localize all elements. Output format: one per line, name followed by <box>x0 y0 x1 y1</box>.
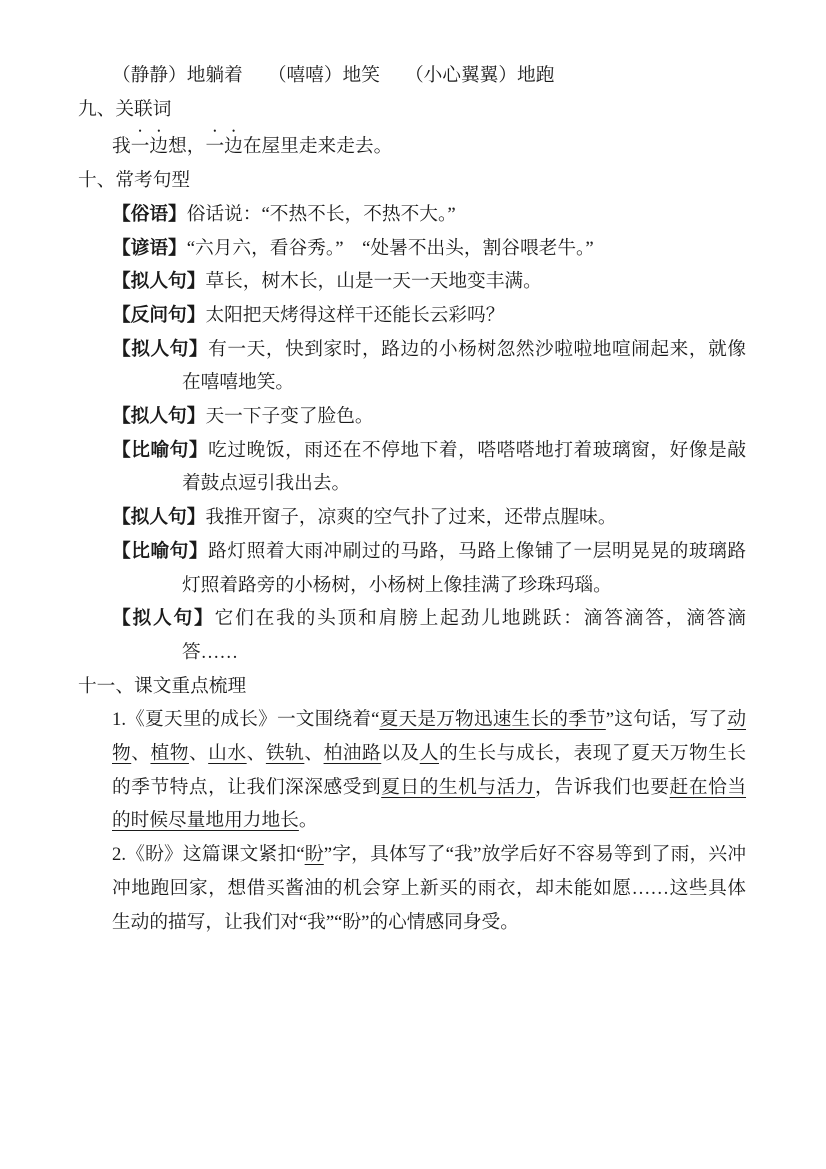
pattern-example-text: 天一下子变了脸色。 <box>205 406 373 427</box>
adverbial-phrase: （小心翼翼）地跑 <box>405 65 555 86</box>
text-segment: 2.《盼》这篇课文紧扣“ <box>112 844 305 865</box>
sentence-pattern-entry: 【比喻句】路灯照着大雨冲刷过的马路，马路上像铺了一层明晃晃的玻璃路灯照着路旁的小… <box>78 535 746 602</box>
pattern-example-text: 俗话说：“不热不长，不热不大。” <box>187 204 456 225</box>
section-10-heading: 十、常考句型 <box>78 164 746 198</box>
text-segment: 想， <box>168 136 205 157</box>
underlined-key-phrase: 夏天是万物迅速生长的季节 <box>379 709 605 730</box>
linked-words-example: 我一边想，一边在屋里走来走去。 <box>78 126 746 164</box>
pattern-example-text: 吃过晚饭，雨还在不停地下着，嗒嗒嗒地打着玻璃窗，好像是敲着鼓点逗引我出去。 <box>182 440 746 495</box>
pattern-type-label: 【拟人句】 <box>112 339 208 360</box>
sentence-pattern-entry: 【谚语】“六月六，看谷秀。” “处暑不出头，割谷喂老牛。” <box>78 232 746 266</box>
text-segment: ”这句话，写了 <box>606 709 728 730</box>
pattern-example-text: 太阳把天烤得这样干还能长云彩吗？ <box>205 305 504 326</box>
text-segment: 、 <box>189 743 208 764</box>
sentence-pattern-entry: 【拟人句】我推开窗子，凉爽的空气扑了过来，还带点腥味。 <box>78 501 746 535</box>
course-summary-paragraph: 2.《盼》这篇课文紧扣“盼”字，具体写了“我”放学后好不容易等到了雨，兴冲冲地跑… <box>78 838 746 939</box>
pattern-example-text: 路灯照着大雨冲刷过的马路，马路上像铺了一层明晃晃的玻璃路灯照着路旁的小杨树，小杨… <box>182 541 746 596</box>
pattern-example-text: 有一天，快到家时，路边的小杨树忽然沙啦啦地喧闹起来，就像在嘻嘻地笑。 <box>182 339 746 394</box>
sentence-pattern-entry: 【拟人句】草长，树木长，山是一天一天地变丰满。 <box>78 265 746 299</box>
underlined-key-phrase: 人 <box>420 743 439 764</box>
pattern-example-text: 它们在我的头顶和肩膀上起劲儿地跳跃：滴答滴答，滴答滴答…… <box>182 608 746 663</box>
course-summary-paragraph: 1.《夏天里的成长》一文围绕着“夏天是万物迅速生长的季节”这句话，写了动物、植物… <box>78 703 746 838</box>
text-segment: 。 <box>299 810 318 831</box>
adverbial-phrase: （静静）地躺着 <box>112 65 243 86</box>
document-page: （静静）地躺着（嘻嘻）地笑（小心翼翼）地跑 九、关联词 我一边想，一边在屋里走来… <box>0 0 826 1169</box>
underlined-key-phrase: 铁轨 <box>266 743 304 764</box>
pattern-type-label: 【比喻句】 <box>112 541 208 562</box>
adverbial-phrase: （嘻嘻）地笑 <box>268 65 380 86</box>
text-segment: 在屋里走来走去。 <box>243 136 393 157</box>
sentence-pattern-entry: 【反问句】太阳把天烤得这样干还能长云彩吗？ <box>78 299 746 333</box>
text-segment: 、 <box>304 743 323 764</box>
sentence-pattern-entry: 【俗语】俗话说：“不热不长，不热不大。” <box>78 198 746 232</box>
text-segment: 、 <box>131 743 150 764</box>
adverbial-phrases-line: （静静）地躺着（嘻嘻）地笑（小心翼翼）地跑 <box>78 59 746 93</box>
text-segment: 、 <box>247 743 266 764</box>
sentence-pattern-entry: 【比喻句】吃过晚饭，雨还在不停地下着，嗒嗒嗒地打着玻璃窗，好像是敲着鼓点逗引我出… <box>78 434 746 501</box>
pattern-type-label: 【拟人句】 <box>112 608 215 629</box>
emphasis-dotted-word: 一边 <box>205 136 242 157</box>
underlined-key-phrase: 柏油路 <box>324 743 382 764</box>
pattern-example-text: 草长，树木长，山是一天一天地变丰满。 <box>205 271 541 292</box>
pattern-example-text: “六月六，看谷秀。” “处暑不出头，割谷喂老牛。” <box>187 238 594 259</box>
pattern-type-label: 【俗语】 <box>112 204 187 225</box>
pattern-type-label: 【反问句】 <box>112 305 205 326</box>
sentence-pattern-entry: 【拟人句】有一天，快到家时，路边的小杨树忽然沙啦啦地喧闹起来，就像在嘻嘻地笑。 <box>78 333 746 400</box>
text-segment: ，告诉我们也要 <box>535 777 670 798</box>
underlined-key-phrase: 植物 <box>150 743 188 764</box>
text-segment: 我 <box>112 136 131 157</box>
underlined-key-phrase: 山水 <box>208 743 246 764</box>
underlined-key-phrase: 盼 <box>305 844 324 865</box>
underlined-key-phrase: 夏日的生机与活力 <box>381 777 535 798</box>
pattern-type-label: 【比喻句】 <box>112 440 208 461</box>
pattern-type-label: 【拟人句】 <box>112 271 205 292</box>
pattern-type-label: 【拟人句】 <box>112 507 205 528</box>
sentence-pattern-entry: 【拟人句】天一下子变了脸色。 <box>78 400 746 434</box>
text-segment: 以及 <box>381 743 419 764</box>
section-9-heading: 九、关联词 <box>78 93 746 127</box>
pattern-example-text: 我推开窗子，凉爽的空气扑了过来，还带点腥味。 <box>205 507 616 528</box>
pattern-type-label: 【谚语】 <box>112 238 187 259</box>
section-11-heading: 十一、课文重点梳理 <box>78 670 746 704</box>
emphasis-dotted-word: 一边 <box>131 136 168 157</box>
text-segment: 1.《夏天里的成长》一文围绕着“ <box>112 709 379 730</box>
sentence-pattern-entry: 【拟人句】它们在我的头顶和肩膀上起劲儿地跳跃：滴答滴答，滴答滴答…… <box>78 602 746 669</box>
pattern-type-label: 【拟人句】 <box>112 406 205 427</box>
